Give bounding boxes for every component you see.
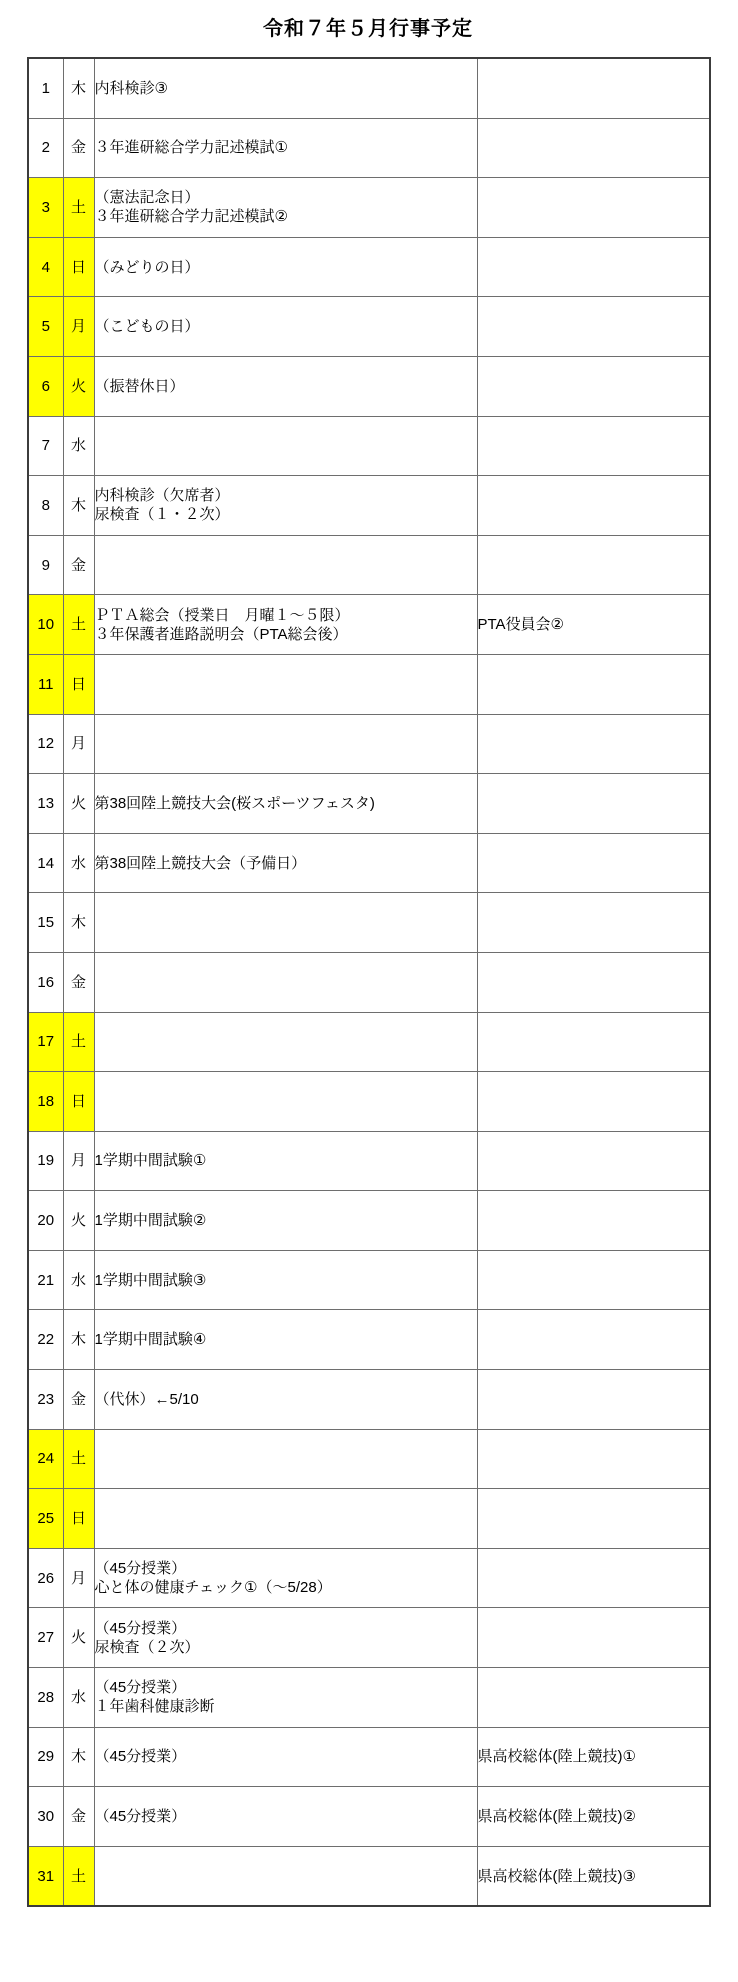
table-row: 3土（憲法記念日）３年進研総合学力記述模試② (28, 178, 710, 238)
event-line: 尿検査（１・２次） (95, 505, 477, 524)
weekday-cell: 金 (63, 1370, 94, 1430)
weekday-cell: 木 (63, 476, 94, 536)
notes-cell: 県高校総体(陸上競技)③ (477, 1846, 710, 1906)
schedule-table: 1木内科検診③2金３年進研総合学力記述模試①3土（憲法記念日）３年進研総合学力記… (27, 57, 711, 1907)
weekday-cell: 土 (63, 1429, 94, 1489)
date-cell: 24 (28, 1429, 63, 1489)
weekday-cell: 日 (63, 1072, 94, 1132)
event-line: １年歯科健康診断 (95, 1697, 477, 1716)
table-row: 12月 (28, 714, 710, 774)
event-line: （45分授業） (95, 1559, 477, 1578)
table-row: 11日 (28, 654, 710, 714)
notes-cell (477, 714, 710, 774)
events-cell: （こどもの日） (94, 297, 477, 357)
notes-cell (477, 535, 710, 595)
events-cell: （45分授業）１年歯科健康診断 (94, 1668, 477, 1728)
event-line: （振替休日） (95, 377, 477, 396)
events-cell (94, 952, 477, 1012)
weekday-cell: 木 (63, 1727, 94, 1787)
note-line: 県高校総体(陸上競技)① (478, 1747, 710, 1766)
date-cell: 8 (28, 476, 63, 536)
event-line: 尿検査（２次） (95, 1638, 477, 1657)
date-cell: 12 (28, 714, 63, 774)
date-cell: 5 (28, 297, 63, 357)
weekday-cell: 木 (63, 893, 94, 953)
notes-cell (477, 1072, 710, 1132)
events-cell (94, 1072, 477, 1132)
table-row: 26月（45分授業）心と体の健康チェック①（～5/28） (28, 1548, 710, 1608)
event-line: （45分授業） (95, 1619, 477, 1638)
events-cell: 1学期中間試験④ (94, 1310, 477, 1370)
notes-cell (477, 1310, 710, 1370)
events-cell (94, 1846, 477, 1906)
weekday-cell: 木 (63, 1310, 94, 1370)
notes-cell: 県高校総体(陸上競技)① (477, 1727, 710, 1787)
weekday-cell: 火 (63, 1608, 94, 1668)
date-cell: 7 (28, 416, 63, 476)
weekday-cell: 月 (63, 1548, 94, 1608)
table-row: 1木内科検診③ (28, 58, 710, 118)
events-cell: （憲法記念日）３年進研総合学力記述模試② (94, 178, 477, 238)
notes-cell (477, 1489, 710, 1549)
weekday-cell: 水 (63, 1250, 94, 1310)
notes-cell (477, 774, 710, 834)
event-line: 第38回陸上競技大会(桜スポーツフェスタ) (95, 794, 477, 813)
event-line: （みどりの日） (95, 258, 477, 277)
date-cell: 23 (28, 1370, 63, 1430)
weekday-cell: 水 (63, 833, 94, 893)
date-cell: 3 (28, 178, 63, 238)
date-cell: 1 (28, 58, 63, 118)
notes-cell (477, 416, 710, 476)
table-row: 8木内科検診（欠席者）尿検査（１・２次） (28, 476, 710, 536)
weekday-cell: 土 (63, 1012, 94, 1072)
notes-cell (477, 1131, 710, 1191)
event-line: 1学期中間試験④ (95, 1330, 477, 1349)
table-row: 21水1学期中間試験③ (28, 1250, 710, 1310)
events-cell: 内科検診（欠席者）尿検査（１・２次） (94, 476, 477, 536)
table-row: 28水（45分授業）１年歯科健康診断 (28, 1668, 710, 1728)
weekday-cell: 月 (63, 1131, 94, 1191)
events-cell: （みどりの日） (94, 237, 477, 297)
notes-cell (477, 58, 710, 118)
table-row: 4日（みどりの日） (28, 237, 710, 297)
notes-cell (477, 1668, 710, 1728)
date-cell: 11 (28, 654, 63, 714)
weekday-cell: 土 (63, 595, 94, 655)
date-cell: 22 (28, 1310, 63, 1370)
events-cell: 1学期中間試験② (94, 1191, 477, 1251)
events-cell (94, 535, 477, 595)
notes-cell: 県高校総体(陸上競技)② (477, 1787, 710, 1847)
notes-cell (477, 1191, 710, 1251)
date-cell: 18 (28, 1072, 63, 1132)
date-cell: 26 (28, 1548, 63, 1608)
event-line: （憲法記念日） (95, 188, 477, 207)
date-cell: 29 (28, 1727, 63, 1787)
weekday-cell: 土 (63, 178, 94, 238)
table-row: 30金（45分授業）県高校総体(陸上競技)② (28, 1787, 710, 1847)
event-line: （代休）←5/10 (95, 1390, 477, 1409)
event-line: 1学期中間試験③ (95, 1271, 477, 1290)
events-cell: ＰＴＡ総会（授業日 月曜１～５限）３年保護者進路説明会（PTA総会後） (94, 595, 477, 655)
weekday-cell: 水 (63, 416, 94, 476)
event-line: 1学期中間試験② (95, 1211, 477, 1230)
date-cell: 4 (28, 237, 63, 297)
event-line: 内科検診（欠席者） (95, 486, 477, 505)
table-row: 25日 (28, 1489, 710, 1549)
events-cell (94, 1012, 477, 1072)
table-row: 10土ＰＴＡ総会（授業日 月曜１～５限）３年保護者進路説明会（PTA総会後）PT… (28, 595, 710, 655)
events-cell (94, 1489, 477, 1549)
notes-cell: PTA役員会② (477, 595, 710, 655)
table-row: 23金（代休）←5/10 (28, 1370, 710, 1430)
events-cell (94, 893, 477, 953)
events-cell: （45分授業） (94, 1787, 477, 1847)
notes-cell (477, 952, 710, 1012)
event-line: 内科検診③ (95, 79, 477, 98)
date-cell: 15 (28, 893, 63, 953)
note-line: 県高校総体(陸上競技)③ (478, 1867, 710, 1886)
notes-cell (477, 1370, 710, 1430)
events-cell: ３年進研総合学力記述模試① (94, 118, 477, 178)
weekday-cell: 金 (63, 1787, 94, 1847)
weekday-cell: 日 (63, 237, 94, 297)
notes-cell (477, 1250, 710, 1310)
table-row: 19月1学期中間試験① (28, 1131, 710, 1191)
weekday-cell: 水 (63, 1668, 94, 1728)
table-row: 22木1学期中間試験④ (28, 1310, 710, 1370)
date-cell: 20 (28, 1191, 63, 1251)
table-row: 5月（こどもの日） (28, 297, 710, 357)
notes-cell (477, 1012, 710, 1072)
date-cell: 13 (28, 774, 63, 834)
weekday-cell: 金 (63, 118, 94, 178)
events-cell: 第38回陸上競技大会（予備日） (94, 833, 477, 893)
table-row: 14水第38回陸上競技大会（予備日） (28, 833, 710, 893)
date-cell: 21 (28, 1250, 63, 1310)
events-cell: （45分授業）心と体の健康チェック①（～5/28） (94, 1548, 477, 1608)
events-cell: 1学期中間試験③ (94, 1250, 477, 1310)
notes-cell (477, 297, 710, 357)
event-line: ３年進研総合学力記述模試① (95, 138, 477, 157)
date-cell: 31 (28, 1846, 63, 1906)
table-row: 13火第38回陸上競技大会(桜スポーツフェスタ) (28, 774, 710, 834)
date-cell: 2 (28, 118, 63, 178)
table-row: 6火（振替休日） (28, 356, 710, 416)
events-cell (94, 416, 477, 476)
event-line: （45分授業） (95, 1678, 477, 1697)
table-row: 31土県高校総体(陸上競技)③ (28, 1846, 710, 1906)
events-cell: （代休）←5/10 (94, 1370, 477, 1430)
date-cell: 10 (28, 595, 63, 655)
notes-cell (477, 893, 710, 953)
event-line: ＰＴＡ総会（授業日 月曜１～５限） (95, 606, 477, 625)
weekday-cell: 日 (63, 1489, 94, 1549)
table-row: 2金３年進研総合学力記述模試① (28, 118, 710, 178)
weekday-cell: 金 (63, 952, 94, 1012)
date-cell: 16 (28, 952, 63, 1012)
table-row: 17土 (28, 1012, 710, 1072)
weekday-cell: 土 (63, 1846, 94, 1906)
event-line: 心と体の健康チェック①（～5/28） (95, 1578, 477, 1597)
table-row: 16金 (28, 952, 710, 1012)
notes-cell (477, 476, 710, 536)
weekday-cell: 火 (63, 1191, 94, 1251)
table-row: 24土 (28, 1429, 710, 1489)
event-line: 第38回陸上競技大会（予備日） (95, 854, 477, 873)
note-line: PTA役員会② (478, 615, 710, 634)
events-cell: 内科検診③ (94, 58, 477, 118)
notes-cell (477, 118, 710, 178)
weekday-cell: 月 (63, 297, 94, 357)
weekday-cell: 火 (63, 774, 94, 834)
events-cell: （45分授業） (94, 1727, 477, 1787)
notes-cell (477, 237, 710, 297)
event-line: （45分授業） (95, 1747, 477, 1766)
event-line: 1学期中間試験① (95, 1151, 477, 1170)
events-cell (94, 654, 477, 714)
date-cell: 9 (28, 535, 63, 595)
table-row: 20火1学期中間試験② (28, 1191, 710, 1251)
notes-cell (477, 833, 710, 893)
events-cell: （振替休日） (94, 356, 477, 416)
weekday-cell: 火 (63, 356, 94, 416)
date-cell: 6 (28, 356, 63, 416)
date-cell: 28 (28, 1668, 63, 1728)
notes-cell (477, 1608, 710, 1668)
event-line: ３年進研総合学力記述模試② (95, 207, 477, 226)
events-cell (94, 714, 477, 774)
table-row: 15木 (28, 893, 710, 953)
date-cell: 14 (28, 833, 63, 893)
date-cell: 25 (28, 1489, 63, 1549)
event-line: ３年保護者進路説明会（PTA総会後） (95, 625, 477, 644)
date-cell: 19 (28, 1131, 63, 1191)
notes-cell (477, 1548, 710, 1608)
note-line: 県高校総体(陸上競技)② (478, 1807, 710, 1826)
event-line: （45分授業） (95, 1807, 477, 1826)
table-row: 18日 (28, 1072, 710, 1132)
event-line: （こどもの日） (95, 317, 477, 336)
table-row: 27火（45分授業）尿検査（２次） (28, 1608, 710, 1668)
table-row: 9金 (28, 535, 710, 595)
events-cell: 第38回陸上競技大会(桜スポーツフェスタ) (94, 774, 477, 834)
date-cell: 17 (28, 1012, 63, 1072)
events-cell (94, 1429, 477, 1489)
date-cell: 27 (28, 1608, 63, 1668)
weekday-cell: 木 (63, 58, 94, 118)
table-row: 7水 (28, 416, 710, 476)
date-cell: 30 (28, 1787, 63, 1847)
events-cell: 1学期中間試験① (94, 1131, 477, 1191)
notes-cell (477, 654, 710, 714)
table-row: 29木（45分授業）県高校総体(陸上競技)① (28, 1727, 710, 1787)
weekday-cell: 金 (63, 535, 94, 595)
notes-cell (477, 1429, 710, 1489)
notes-cell (477, 178, 710, 238)
weekday-cell: 日 (63, 654, 94, 714)
weekday-cell: 月 (63, 714, 94, 774)
page-title: 令和７年５月行事予定 (27, 12, 709, 41)
events-cell: （45分授業）尿検査（２次） (94, 1608, 477, 1668)
notes-cell (477, 356, 710, 416)
